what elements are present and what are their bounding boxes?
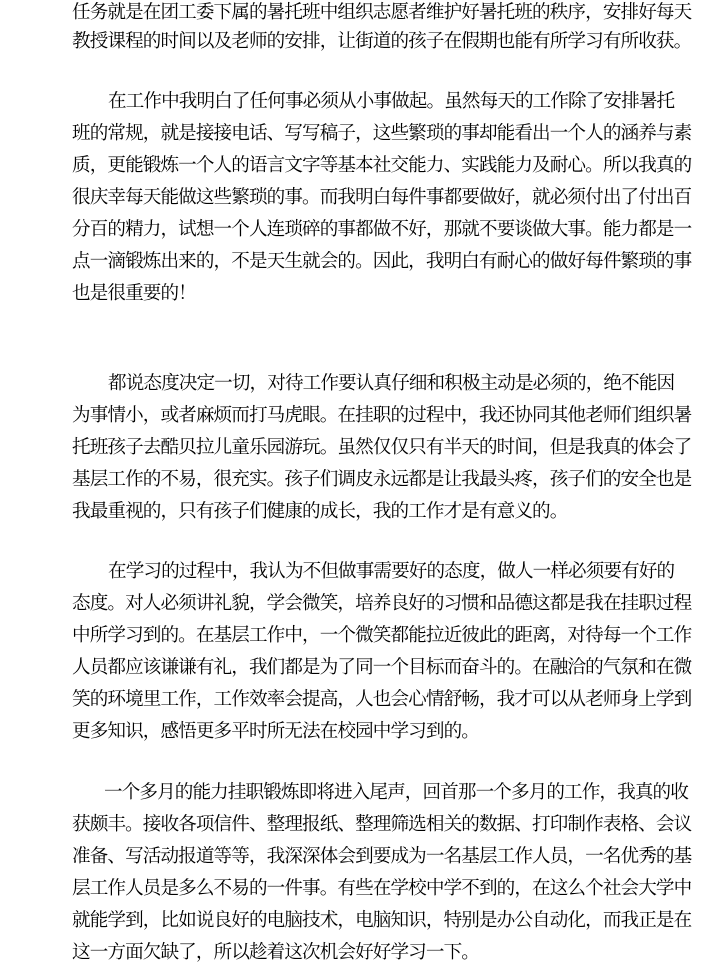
text-line: 我最重视的，只有孩子们健康的成长，我的工作才是有意义的。 [72, 500, 642, 524]
text-line: 班的常规，就是接接电话、写写稿子，这些繁琐的事却能看出一个人的涵养与素 [72, 122, 642, 146]
text-line: 在学习的过程中，我认为不但做事需要好的态度，做人一样必须要有好的 [108, 560, 642, 584]
text-line: 都说态度决定一切，对待工作要认真仔细和积极主动是必须的，绝不能因 [108, 372, 642, 396]
text-line: 也是很重要的！ [72, 282, 642, 306]
text-line: 层工作人员是多么不易的一件事。有些在学校中学不到的，在这么个社会大学中 [72, 877, 642, 901]
text-line: 人员都应该谦谦有礼，我们都是为了同一个目标而奋斗的。在融洽的气氛和在微 [72, 656, 642, 680]
text-line: 更多知识，感悟更多平时所无法在校园中学习到的。 [72, 720, 642, 744]
text-line: 准备、写活动报道等等，我深深体会到要成为一名基层工作人员，一名优秀的基 [72, 845, 642, 869]
text-line: 态度。对人必须讲礼貌，学会微笑，培养良好的习惯和品德这都是我在挂职过程 [72, 592, 642, 616]
text-line: 一个多月的能力挂职锻炼即将进入尾声，回首那一个多月的工作，我真的收 [104, 781, 638, 805]
document-page: 任务就是在团工委下属的暑托班中组织志愿者维护好暑托班的秩序，安排好每天 教授课程… [0, 0, 718, 966]
text-line: 基层工作的不易，很充实。孩子们调皮永远都是让我最头疼，孩子们的安全也是 [72, 468, 642, 492]
text-line: 分百的精力，试想一个人连琐碎的事都做不好，那就不要谈做大事。能力都是一 [72, 218, 642, 242]
text-line: 托班孩子去酷贝拉儿童乐园游玩。虽然仅仅只有半天的时间，但是我真的体会了 [72, 436, 642, 460]
text-line: 为事情小，或者麻烦而打马虎眼。在挂职的过程中，我还协同其他老师们组织暑 [72, 404, 642, 428]
text-line: 任务就是在团工委下属的暑托班中组织志愿者维护好暑托班的秩序，安排好每天 [72, 1, 642, 25]
text-line: 点一滴锻炼出来的，不是天生就会的。因此，我明白有耐心的做好每件繁琐的事 [72, 250, 642, 274]
text-line: 质，更能锻炼一个人的语言文字等基本社交能力、实践能力及耐心。所以我真的 [72, 154, 642, 178]
text-line: 笑的环境里工作，工作效率会提高，人也会心情舒畅，我才可以从老师身上学到 [72, 688, 642, 712]
text-line: 很庆幸每天能做这些繁琐的事。而我明白每件事都要做好，就必须付出了付出百 [72, 186, 642, 210]
text-line: 在工作中我明白了任何事必须从小事做起。虽然每天的工作除了安排暑托 [108, 90, 642, 114]
text-line: 这一方面欠缺了，所以趁着这次机会好好学习一下。 [72, 941, 642, 965]
text-line: 获颇丰。接收各项信件、整理报纸、整理筛选相关的数据、打印制作表格、会议 [72, 813, 642, 837]
text-line: 就能学到，比如说良好的电脑技术，电脑知识，特别是办公自动化，而我正是在 [72, 909, 642, 933]
text-line: 教授课程的时间以及老师的安排，让街道的孩子在假期也能有所学习有所收获。 [72, 30, 642, 54]
text-line: 中所学习到的。在基层工作中，一个微笑都能拉近彼此的距离，对待每一个工作 [72, 624, 642, 648]
